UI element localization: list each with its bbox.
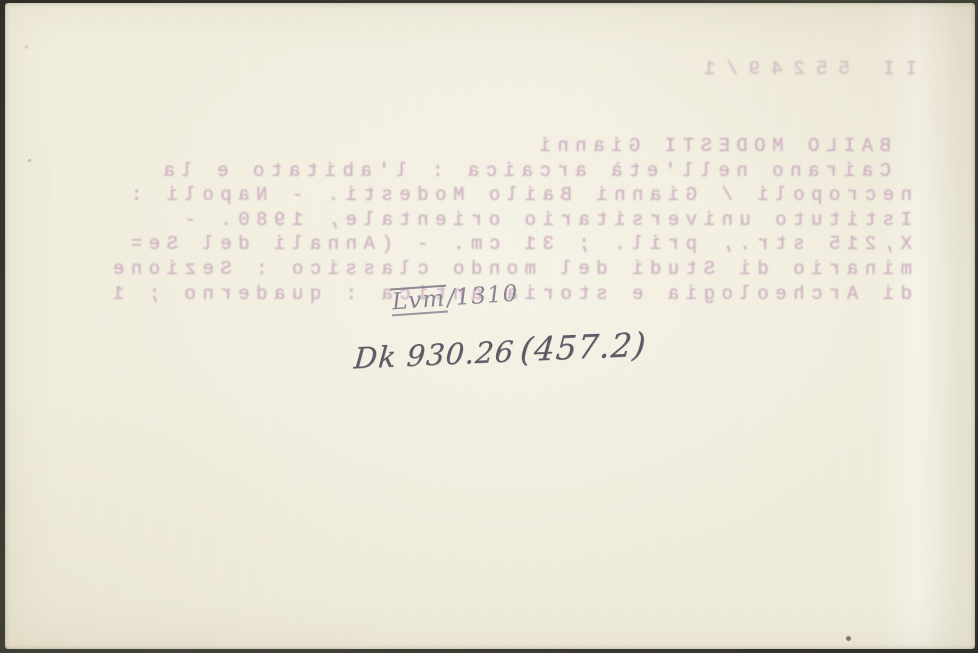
call-number-area-code: (457.2): [519, 326, 648, 370]
paper-speck: [28, 159, 31, 162]
call-number-main: 930.26: [405, 334, 515, 373]
bleedthrough-line: minario di Studi del mondo classico : Se…: [106, 257, 912, 282]
handwritten-call-number: Dk930.26(457.2): [353, 326, 648, 377]
bleedthrough-line: Cairano nell'età arcaica : l'abitato e l…: [106, 159, 912, 184]
call-number-classification: Dk: [353, 339, 398, 375]
paper-speck: [25, 45, 28, 49]
paper-speck: [846, 636, 851, 641]
bleedthrough-serial-number: II 55249/1: [693, 58, 917, 80]
shelfmark-prefix: Lvm: [390, 285, 448, 317]
handwritten-shelfmark: Lvm/1310: [390, 280, 519, 317]
bleedthrough-layer: II 55249/1 BAILO MODESTI Gianni Cairano …: [5, 3, 975, 649]
bleedthrough-line: necropoli / Gianni Bailo Modesti. - Napo…: [106, 183, 912, 208]
bleedthrough-line: Istituto universitario orientale, 1980. …: [106, 208, 912, 233]
bleedthrough-line: BAILO MODESTI Gianni: [106, 134, 912, 159]
catalog-card-verso: II 55249/1 BAILO MODESTI Gianni Cairano …: [5, 3, 975, 649]
scanned-page-background: II 55249/1 BAILO MODESTI Gianni Cairano …: [0, 0, 978, 653]
bleedthrough-line: X,215 str., pril. ; 31 cm. - (Annali del…: [106, 232, 912, 257]
shelfmark-suffix: /1310: [446, 281, 519, 312]
